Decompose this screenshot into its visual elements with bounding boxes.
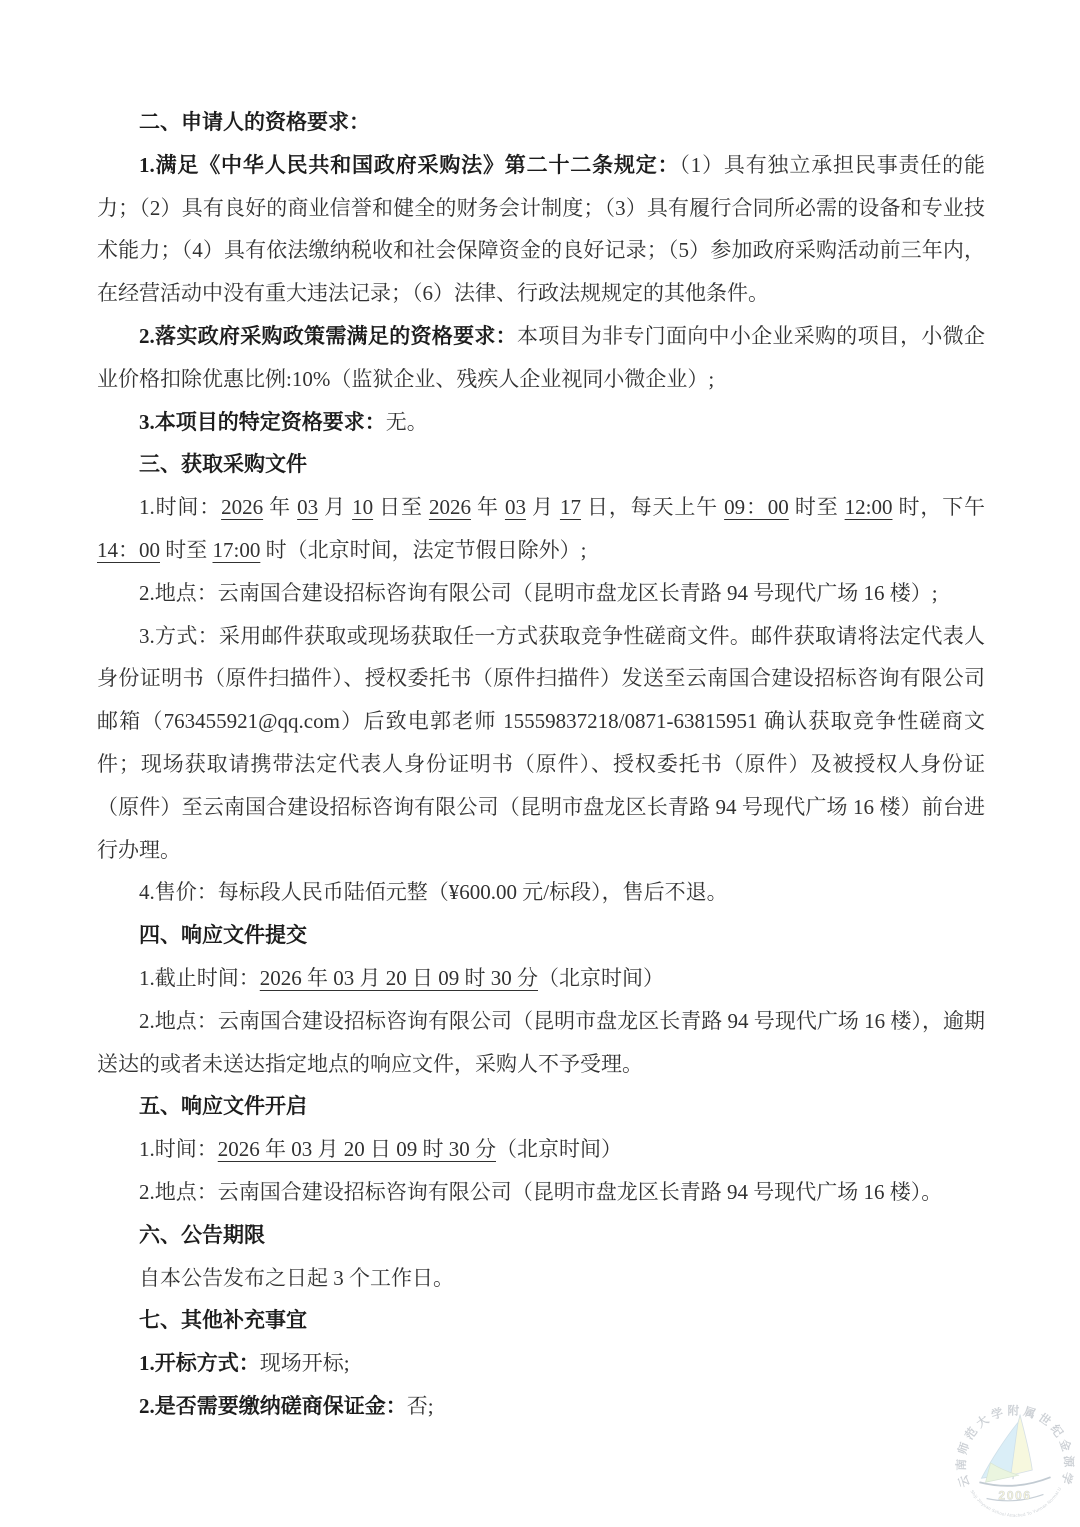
section-2-item-2: 2.落实政府采购政策需满足的资格要求：本项目为非专门面向中小企业采购的项目，小微… bbox=[97, 315, 985, 401]
text-run: 无。 bbox=[386, 410, 428, 434]
underlined-run: 09：00 bbox=[724, 495, 789, 519]
underlined-run: 17:00 bbox=[213, 538, 261, 562]
section-3-item-4: 4.售价：每标段人民币陆佰元整（¥600.00 元/标段），售后不退。 bbox=[97, 871, 985, 914]
section-3-heading: 三、获取采购文件 bbox=[97, 443, 985, 486]
bold-run: 3.本项目的特定资格要求： bbox=[139, 410, 386, 434]
text-run: 否; bbox=[407, 1394, 434, 1418]
bold-run: 四、响应文件提交 bbox=[139, 923, 307, 947]
section-5-heading: 五、响应文件开启 bbox=[97, 1085, 985, 1128]
underlined-run: 03 bbox=[297, 495, 318, 519]
bold-run: 二、申请人的资格要求： bbox=[139, 110, 370, 134]
underlined-run: 12:00 bbox=[845, 495, 893, 519]
section-7-item-2: 2.是否需要缴纳磋商保证金：否; bbox=[97, 1385, 985, 1428]
text-run: 2.地点：云南国合建设招标咨询有限公司（昆明市盘龙区长青路 94 号现代广场 1… bbox=[139, 581, 938, 605]
section-6-heading: 六、公告期限 bbox=[97, 1214, 985, 1257]
text-run: 时至 bbox=[789, 495, 845, 519]
document-body: 二、申请人的资格要求：1.满足《中华人民共和国政府采购法》第二十二条规定：（1）… bbox=[97, 101, 985, 1428]
section-4-item-2: 2.地点：云南国合建设招标咨询有限公司（昆明市盘龙区长青路 94 号现代广场 1… bbox=[97, 1000, 985, 1086]
text-run: 月 bbox=[526, 495, 560, 519]
text-run: 年 bbox=[471, 495, 505, 519]
bold-run: 2.落实政府采购政策需满足的资格要求： bbox=[139, 324, 517, 348]
text-run: 现场开标; bbox=[260, 1351, 350, 1375]
text-run: 3.方式：采用邮件获取或现场获取任一方式获取竞争性磋商文件。邮件获取请将法定代表… bbox=[97, 624, 985, 862]
text-run: 2.地点：云南国合建设招标咨询有限公司（昆明市盘龙区长青路 94 号现代广场 1… bbox=[139, 1180, 942, 1204]
watermark-year: 2006 bbox=[998, 1489, 1031, 1503]
document-page: 二、申请人的资格要求：1.满足《中华人民共和国政府采购法》第二十二条规定：（1）… bbox=[0, 0, 1080, 1527]
text-run: 年 bbox=[263, 495, 297, 519]
bold-run: 1.满足《中华人民共和国政府采购法》第二十二条规定： bbox=[139, 153, 679, 177]
section-7-item-1: 1.开标方式：现场开标; bbox=[97, 1342, 985, 1385]
text-run: 日至 bbox=[373, 495, 429, 519]
underlined-run: 2026 bbox=[221, 495, 263, 519]
text-run: 时，下午 bbox=[892, 495, 985, 519]
section-4-item-1: 1.截止时间：2026 年 03 月 20 日 09 时 30 分（北京时间） bbox=[97, 957, 985, 1000]
bold-run: 七、其他补充事宜 bbox=[139, 1308, 307, 1332]
section-6-body: 自本公告发布之日起 3 个工作日。 bbox=[97, 1257, 985, 1300]
bold-run: 1.开标方式： bbox=[139, 1351, 260, 1375]
bold-run: 三、获取采购文件 bbox=[139, 452, 307, 476]
text-run: 2.地点：云南国合建设招标咨询有限公司（昆明市盘龙区长青路 94 号现代广场 1… bbox=[97, 1009, 985, 1076]
bold-run: 五、响应文件开启 bbox=[139, 1094, 307, 1118]
underlined-run: 17 bbox=[560, 495, 581, 519]
text-run: 时（北京时间，法定节假日除外）; bbox=[260, 538, 586, 562]
text-run: 时至 bbox=[160, 538, 213, 562]
text-run: （北京时间） bbox=[496, 1137, 622, 1161]
section-2-item-1: 1.满足《中华人民共和国政府采购法》第二十二条规定：（1）具有独立承担民事责任的… bbox=[97, 144, 985, 315]
school-logo-watermark: 云南师范大学附属世纪金源学校 2006 Shiji Jinyuan School… bbox=[952, 1402, 1078, 1527]
underlined-run: 14：00 bbox=[97, 538, 160, 562]
text-run: 1.截止时间： bbox=[139, 966, 260, 990]
underlined-run: 03 bbox=[505, 495, 526, 519]
section-3-item-1: 1.时间：2026 年 03 月 10 日至 2026 年 03 月 17 日，… bbox=[97, 486, 985, 572]
text-run: （北京时间） bbox=[538, 966, 664, 990]
text-run: 日，每天上午 bbox=[581, 495, 724, 519]
section-3-item-3: 3.方式：采用邮件获取或现场获取任一方式获取竞争性磋商文件。邮件获取请将法定代表… bbox=[97, 615, 985, 872]
bold-run: 六、公告期限 bbox=[139, 1223, 265, 1247]
underlined-run: 10 bbox=[352, 495, 373, 519]
underlined-run: 2026 年 03 月 20 日 09 时 30 分 bbox=[218, 1137, 496, 1161]
section-7-heading: 七、其他补充事宜 bbox=[97, 1299, 985, 1342]
underlined-run: 2026 bbox=[429, 495, 471, 519]
section-5-item-1: 1.时间：2026 年 03 月 20 日 09 时 30 分（北京时间） bbox=[97, 1128, 985, 1171]
underlined-run: 2026 年 03 月 20 日 09 时 30 分 bbox=[260, 966, 538, 990]
section-3-item-2: 2.地点：云南国合建设招标咨询有限公司（昆明市盘龙区长青路 94 号现代广场 1… bbox=[97, 572, 985, 615]
bold-run: 2.是否需要缴纳磋商保证金： bbox=[139, 1394, 407, 1418]
section-2-item-3: 3.本项目的特定资格要求：无。 bbox=[97, 401, 985, 444]
sailboat-icon: 2006 bbox=[979, 1415, 1050, 1502]
section-4-heading: 四、响应文件提交 bbox=[97, 914, 985, 957]
text-run: 1.时间： bbox=[139, 1137, 218, 1161]
text-run: 1.时间： bbox=[139, 495, 221, 519]
text-run: 4.售价：每标段人民币陆佰元整（¥600.00 元/标段），售后不退。 bbox=[139, 880, 728, 904]
section-2-heading: 二、申请人的资格要求： bbox=[97, 101, 985, 144]
section-5-item-2: 2.地点：云南国合建设招标咨询有限公司（昆明市盘龙区长青路 94 号现代广场 1… bbox=[97, 1171, 985, 1214]
text-run: 自本公告发布之日起 3 个工作日。 bbox=[139, 1266, 454, 1290]
text-run: 月 bbox=[318, 495, 352, 519]
